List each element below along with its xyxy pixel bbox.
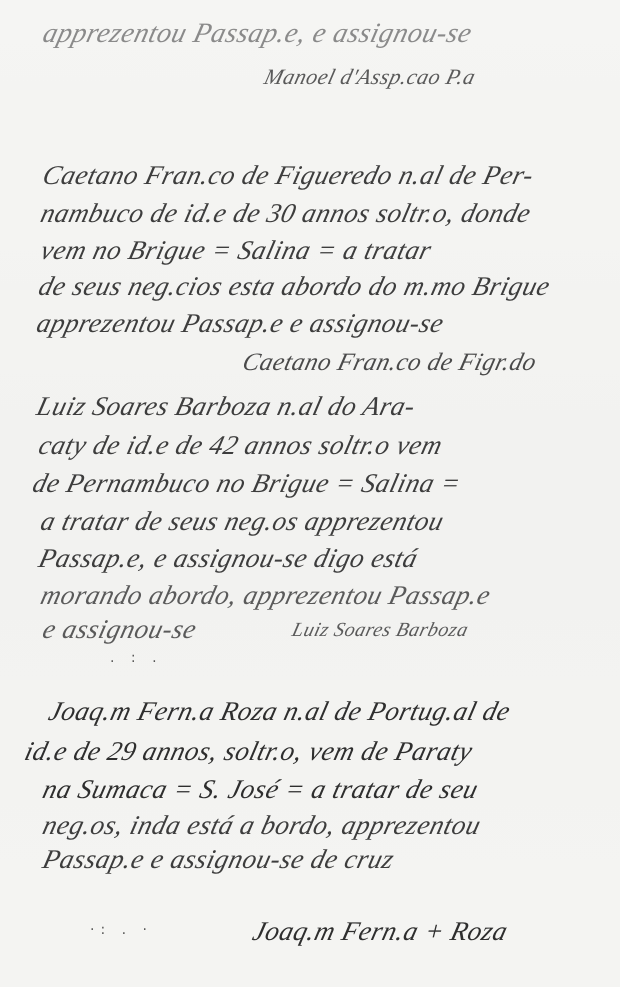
text-line: morando abordo, apprezentou Passap.e [38,582,493,609]
signature-caetano: Caetano Fran.co de Figr.do [240,350,539,375]
text-line: Joaq.m Fern.a Roza n.al de Portug.al de [46,698,513,725]
manuscript-page: apprezentou Passap.e, e assignou-se Mano… [0,0,620,987]
text-line: id.e de 29 annos, soltr.o, vem de Paraty [22,738,475,765]
text-line: e assignou-se [40,616,199,643]
text-line: Passap.e e assignou-se de cruz [40,846,397,873]
text-line: apprezentou Passap.e e assignou-se [34,310,447,337]
text-line: na Sumaca = S. José = a tratar de seu [40,776,481,803]
text-line: de Pernambuco no Brigue = Salina = [30,470,464,497]
text-line: Passap.e, e assignou-se digo está [36,545,421,572]
text-line: nambuco de id.e de 30 annos soltr.o, don… [38,200,534,227]
signature-luiz: Luiz Soares Barboza [290,620,470,640]
ink-specks: . : . [110,650,163,666]
text-line: Caetano Fran.co de Figueredo n.al de Per… [40,162,537,189]
text-line: apprezentou Passap.e, e assignou-se [40,20,475,48]
signature-manoel: Manoel d'Assp.cao P.a [262,66,478,88]
text-line: neg.os, inda está a bordo, apprezentou [40,812,484,839]
ink-specks: ·: . · [90,922,153,938]
text-line: a tratar de seus neg.os apprezentou [38,508,447,535]
text-line: caty de id.e de 42 annos soltr.o vem [36,432,445,459]
text-line: vem no Brigue = Salina = a tratar [38,237,434,264]
signature-joaquim: Joaq.m Fern.a + Roza [250,918,511,945]
text-line: Luiz Soares Barboza n.al do Ara- [34,393,418,420]
text-line: de seus neg.cios esta abordo do m.mo Bri… [36,273,553,300]
